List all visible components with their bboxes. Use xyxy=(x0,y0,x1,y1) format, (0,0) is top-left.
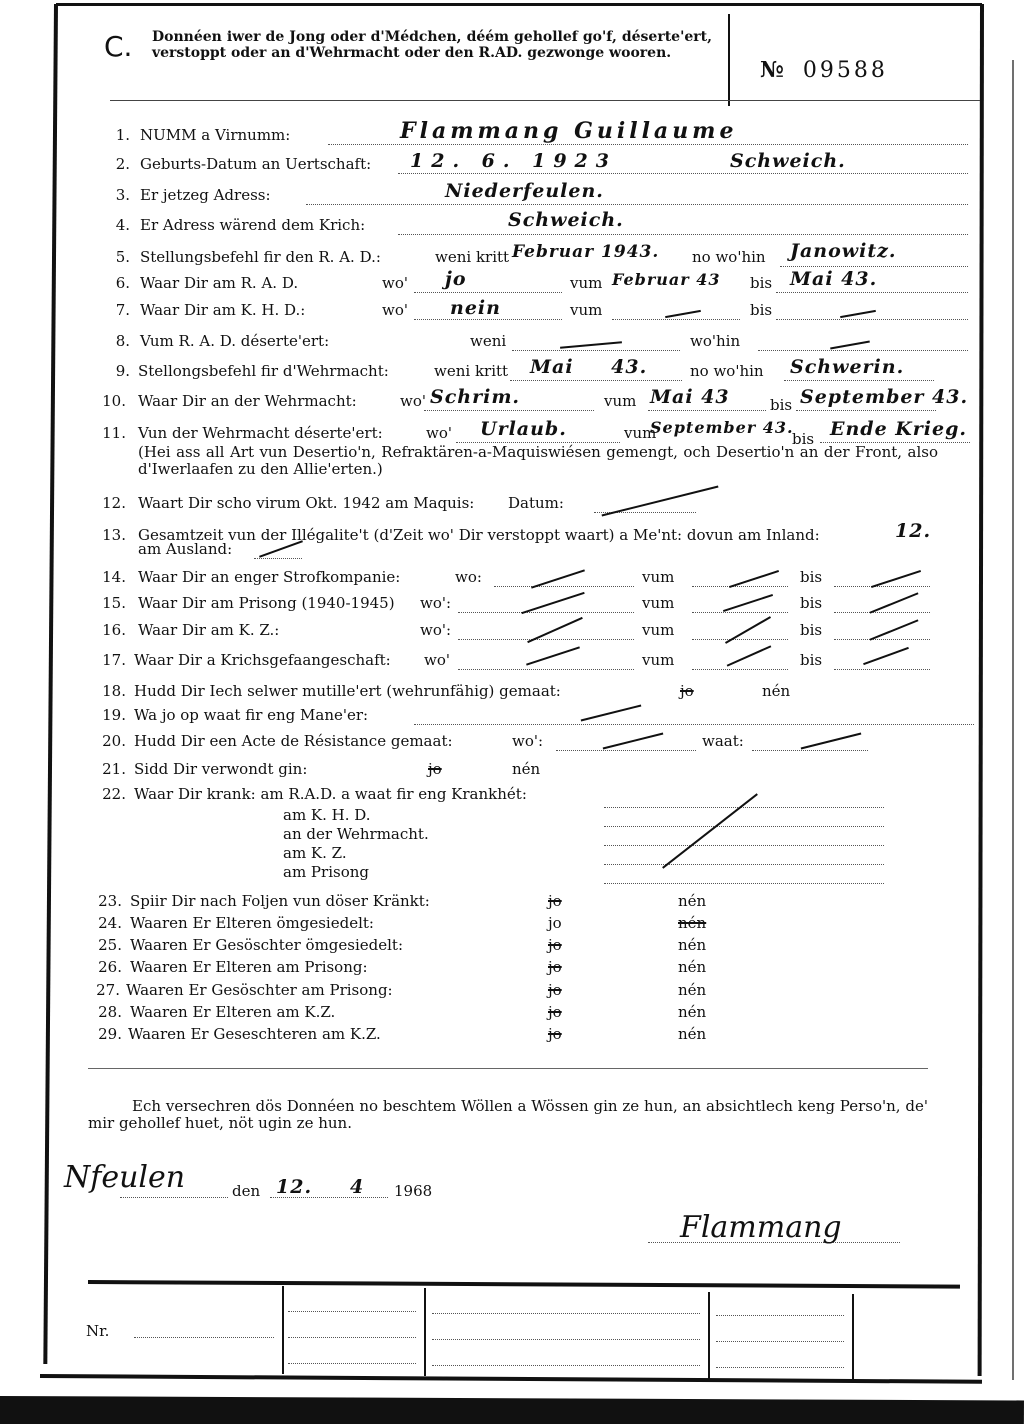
section-letter: C. xyxy=(104,30,132,63)
wo-label: wo' xyxy=(426,424,452,442)
handwritten-address: Niederfeulen. xyxy=(445,180,604,202)
footer-field[interactable] xyxy=(716,1314,844,1316)
address-field[interactable] xyxy=(306,186,968,205)
field-number: 9. xyxy=(98,362,130,380)
field-label: Waar Dir an enger Strofkompanie: xyxy=(138,568,400,586)
field-number: 29. xyxy=(90,1025,122,1043)
weni-label: weni xyxy=(470,332,506,350)
field-number: 23. xyxy=(90,892,122,910)
option-jo-struck[interactable]: jo xyxy=(680,682,694,700)
footer-top-rule xyxy=(88,1280,960,1289)
field-number: 16. xyxy=(94,621,126,639)
document-page: C. Donnéen iwer de Jong oder d'Médchen, … xyxy=(0,0,1024,1424)
footer-col-divider xyxy=(282,1286,284,1374)
vum-label: vum xyxy=(642,594,674,612)
vum-label: vum xyxy=(642,621,674,639)
frame-right xyxy=(978,4,984,1376)
field-number: 12. xyxy=(94,494,126,512)
kz-where-field[interactable] xyxy=(458,621,634,640)
option-jo[interactable]: jo xyxy=(548,914,562,932)
handwritten-wehrmacht-destination: Schwerin. xyxy=(790,356,904,378)
field-number: 18. xyxy=(94,682,126,700)
illness-sub-khd: am K. H. D. xyxy=(283,806,371,824)
field-label: Waar Dir am K. H. D.: xyxy=(140,301,305,319)
bis-label: bis xyxy=(800,568,822,586)
handwritten-rad-to: Mai 43. xyxy=(790,268,877,290)
field-number: 10. xyxy=(94,392,126,410)
waat-label: waat: xyxy=(702,732,744,750)
field-label: Spiir Dir nach Foljen vun döser Kränkt: xyxy=(130,892,430,910)
wo-label: wo': xyxy=(420,594,451,612)
vum-label: vum xyxy=(642,568,674,586)
field-number: 15. xyxy=(94,594,126,612)
illness-field-kz[interactable] xyxy=(604,863,884,865)
ausland-label: am Ausland: xyxy=(138,540,232,558)
field-label: Waar Dir krank: am R.A.D. a waat fir eng… xyxy=(134,785,527,803)
field-label: Waar Dir a Krichsgefaangeschaft: xyxy=(134,651,391,669)
field-number: 24. xyxy=(90,914,122,932)
footer-field[interactable] xyxy=(432,1312,700,1314)
field-label: Vun der Wehrmacht déserte'ert: xyxy=(138,424,383,442)
handwritten-rad-order-date: Februar 1943. xyxy=(512,242,659,262)
field-number: 11. xyxy=(94,424,126,442)
war-address-field[interactable] xyxy=(398,216,968,235)
header-divider xyxy=(728,14,730,106)
footer-col-divider xyxy=(424,1288,426,1376)
field-number: 5. xyxy=(98,248,130,266)
bis-label: bis xyxy=(800,594,822,612)
field-label: Waar Dir an der Wehrmacht: xyxy=(138,392,357,410)
wohin-label: wo'hin xyxy=(690,332,740,350)
header-rule xyxy=(110,100,980,101)
handwritten-day: 12. xyxy=(276,1176,312,1198)
field-number: 2. xyxy=(98,155,130,173)
wo-label: wo' xyxy=(382,274,408,292)
handwritten-month: 4 xyxy=(350,1176,364,1198)
field-label: Sidd Dir verwondt gin: xyxy=(134,760,307,778)
field-number: 21. xyxy=(94,760,126,778)
option-jo-struck[interactable]: jo xyxy=(548,958,562,976)
field-label: Stellungsbefehl fir den R. A. D.: xyxy=(140,248,381,266)
option-nen[interactable]: nén xyxy=(678,958,706,976)
field-label: Waar Dir am Prisong (1940-1945) xyxy=(138,594,395,612)
option-jo-struck[interactable]: jo xyxy=(428,760,442,778)
field-label: Waaren Er Geseschteren am K.Z. xyxy=(128,1025,381,1043)
option-jo-struck[interactable]: jo xyxy=(548,1003,562,1021)
footer-col-divider xyxy=(708,1292,710,1380)
illness-field-khd[interactable] xyxy=(604,825,884,827)
handwritten-wehrmacht-order-date: Mai 43. xyxy=(530,356,647,378)
section-rule xyxy=(88,1068,928,1069)
declaration-text: Ech versechren dös Donnéen no beschtem W… xyxy=(88,1098,928,1132)
footer-field[interactable] xyxy=(432,1364,700,1366)
field-label: Er Adress wärend dem Krich: xyxy=(140,216,365,234)
pow-to-field[interactable] xyxy=(834,651,930,670)
field-number: 4. xyxy=(98,216,130,234)
illness-sub-kz: am K. Z. xyxy=(283,844,347,862)
footer-field[interactable] xyxy=(716,1366,844,1368)
bis-label: bis xyxy=(770,396,792,414)
field-number: 8. xyxy=(98,332,130,350)
field-label: Hudd Dir Iech selwer mutille'ert (wehrun… xyxy=(134,682,561,700)
datum-label: Datum: xyxy=(508,494,564,512)
rad-desertion-date-field[interactable] xyxy=(512,332,680,351)
field-label: Waaren Er Elteren ömgesiedelt: xyxy=(130,914,374,932)
field-label: Gesamtzeit vun der Illégalite't (d'Zeit … xyxy=(138,526,820,544)
wohin-label: no wo'hin xyxy=(692,248,766,266)
year-text: 1968 xyxy=(394,1182,432,1200)
den-label: den xyxy=(232,1182,260,1200)
handwritten-rad-where: jo xyxy=(445,268,467,290)
field-label: Hudd Dir een Acte de Résistance gemaat: xyxy=(134,732,453,750)
option-nen[interactable]: nén xyxy=(678,1003,706,1021)
option-jo-struck[interactable]: jo xyxy=(548,936,562,954)
field-label: NUMM a Virnumm: xyxy=(140,126,290,144)
field-number: 28. xyxy=(90,1003,122,1021)
illness-field-rad[interactable] xyxy=(604,806,884,808)
desertion-note: (Hei ass all Art vun Desertio'n, Refrakt… xyxy=(138,444,938,478)
form-number-value: 09588 xyxy=(803,58,888,83)
handwritten-rad-destination: Janowitz. xyxy=(790,240,897,262)
scan-edge-line xyxy=(1012,60,1014,1380)
handwritten-desertion-to: Ende Krieg. xyxy=(830,418,967,440)
field-number: 19. xyxy=(94,706,126,724)
field-label: Waaren Er Elteren am K.Z. xyxy=(130,1003,335,1021)
wo-label: wo': xyxy=(420,621,451,639)
wo-label: wo' xyxy=(424,651,450,669)
field-number: 22. xyxy=(94,785,126,803)
wohin-label: no wo'hin xyxy=(690,362,764,380)
wo-label: wo: xyxy=(455,568,482,586)
option-jo-struck[interactable]: jo xyxy=(548,981,562,999)
option-nen[interactable]: nén xyxy=(678,1025,706,1043)
handwritten-rad-from: Februar 43 xyxy=(612,270,721,289)
option-jo-struck[interactable]: jo xyxy=(548,1025,562,1043)
nr-label: Nr. xyxy=(86,1322,109,1340)
field-label: Vum R. A. D. déserte'ert: xyxy=(140,332,329,350)
handwritten-birthdate: 12. 6. 1923 xyxy=(410,150,617,172)
wo-label: wo' xyxy=(400,392,426,410)
field-label: Wa jo op waat fir eng Mane'er: xyxy=(134,706,368,724)
illness-field-prison[interactable] xyxy=(604,882,884,884)
field-number: 25. xyxy=(90,936,122,954)
handwritten-wehrmacht-from: Mai 43 xyxy=(650,386,730,408)
footer-bottom-rule xyxy=(40,1374,982,1384)
frame-top xyxy=(56,3,982,6)
footer-field[interactable] xyxy=(288,1336,416,1338)
prison-to-field[interactable] xyxy=(834,594,930,613)
illness-sub-wehrmacht: an der Wehrmacht. xyxy=(283,825,429,843)
option-nen[interactable]: nén xyxy=(512,760,540,778)
field-label: Er jetzeg Adress: xyxy=(140,186,271,204)
handwritten-war-address: Schweich. xyxy=(508,209,624,231)
illness-strike-mark xyxy=(662,793,758,868)
option-nen[interactable]: nén xyxy=(762,682,790,700)
field-label: Stellongsbefehl fir d'Wehrmacht: xyxy=(138,362,389,380)
field-number: 20. xyxy=(94,732,126,750)
mutilation-method-field[interactable] xyxy=(414,706,974,725)
handwritten-khd-where: nein xyxy=(450,297,501,319)
field-label: Waaren Er Gesöschter am Prisong: xyxy=(126,981,393,999)
field-number: 7. xyxy=(98,301,130,319)
footer-field[interactable] xyxy=(288,1310,416,1312)
pow-where-field[interactable] xyxy=(458,651,634,670)
handwritten-wehrmacht-where: Schrim. xyxy=(430,386,520,408)
handwritten-desertion-from: September 43. xyxy=(650,418,794,437)
scan-bottom-edge xyxy=(0,1396,1024,1424)
handwritten-inland-months: 12. xyxy=(895,520,931,542)
wo-label: wo' xyxy=(382,301,408,319)
bis-label: bis xyxy=(800,651,822,669)
field-number: 27. xyxy=(88,981,120,999)
bis-label: bis xyxy=(750,301,772,319)
footer-field[interactable] xyxy=(432,1338,700,1340)
illness-sub-prison: am Prisong xyxy=(283,863,369,881)
field-number: 6. xyxy=(98,274,130,292)
field-label: Geburts-Datum an Uertschaft: xyxy=(140,155,371,173)
handwritten-wehrmacht-to: September 43. xyxy=(800,386,968,408)
field-number: 14. xyxy=(94,568,126,586)
field-label: Waaren Er Gesöschter ömgesiedelt: xyxy=(130,936,403,954)
kz-to-field[interactable] xyxy=(834,621,930,640)
field-number: 1. xyxy=(98,126,130,144)
weni-label: weni kritt xyxy=(435,248,509,266)
kz-from-field[interactable] xyxy=(692,621,788,640)
option-nen[interactable]: nén xyxy=(678,892,706,910)
field-number: 3. xyxy=(98,186,130,204)
bis-label: bis xyxy=(800,621,822,639)
option-jo-struck[interactable]: jo xyxy=(548,892,562,910)
field-label: Waaren Er Elteren am Prisong: xyxy=(130,958,368,976)
numero-symbol: № xyxy=(760,57,787,83)
form-title: Donnéen iwer de Jong oder d'Médchen, déé… xyxy=(152,29,712,61)
field-label: Waar Dir am R. A. D. xyxy=(140,274,298,292)
field-label: Waart Dir scho virum Okt. 1942 am Maquis… xyxy=(138,494,474,512)
field-label: Waar Dir am K. Z.: xyxy=(138,621,279,639)
frame-left xyxy=(43,4,58,1364)
nr-field[interactable] xyxy=(134,1336,274,1338)
handwritten-signature: Flammang xyxy=(680,1210,842,1245)
field-number: 13. xyxy=(94,526,126,544)
khd-from-field[interactable] xyxy=(612,301,740,320)
footer-col-divider xyxy=(852,1294,854,1380)
place-field[interactable] xyxy=(120,1196,228,1198)
vum-label: vum xyxy=(604,392,636,410)
option-nen-struck[interactable]: nén xyxy=(678,914,706,932)
option-nen[interactable]: nén xyxy=(678,936,706,954)
handwritten-birthplace: Schweich. xyxy=(730,150,846,172)
handwritten-name: Flammang Guillaume xyxy=(400,118,737,144)
bis-label: bis xyxy=(750,274,772,292)
rad-where-field[interactable] xyxy=(414,274,562,293)
option-nen[interactable]: nén xyxy=(678,981,706,999)
vum-label: vum xyxy=(642,651,674,669)
wo-label: wo': xyxy=(512,732,543,750)
handwritten-desertion-where: Urlaub. xyxy=(480,418,567,440)
weni-label: weni kritt xyxy=(434,362,508,380)
handwritten-place: Nfeulen xyxy=(64,1160,185,1195)
vum-label: vum xyxy=(570,301,602,319)
footer-field[interactable] xyxy=(288,1362,416,1364)
footer-field[interactable] xyxy=(716,1340,844,1342)
field-number: 26. xyxy=(90,958,122,976)
illness-field-wehrmacht[interactable] xyxy=(604,844,884,846)
field-number: 17. xyxy=(94,651,126,669)
vum-label: vum xyxy=(570,274,602,292)
form-number: №09588 xyxy=(760,57,888,83)
